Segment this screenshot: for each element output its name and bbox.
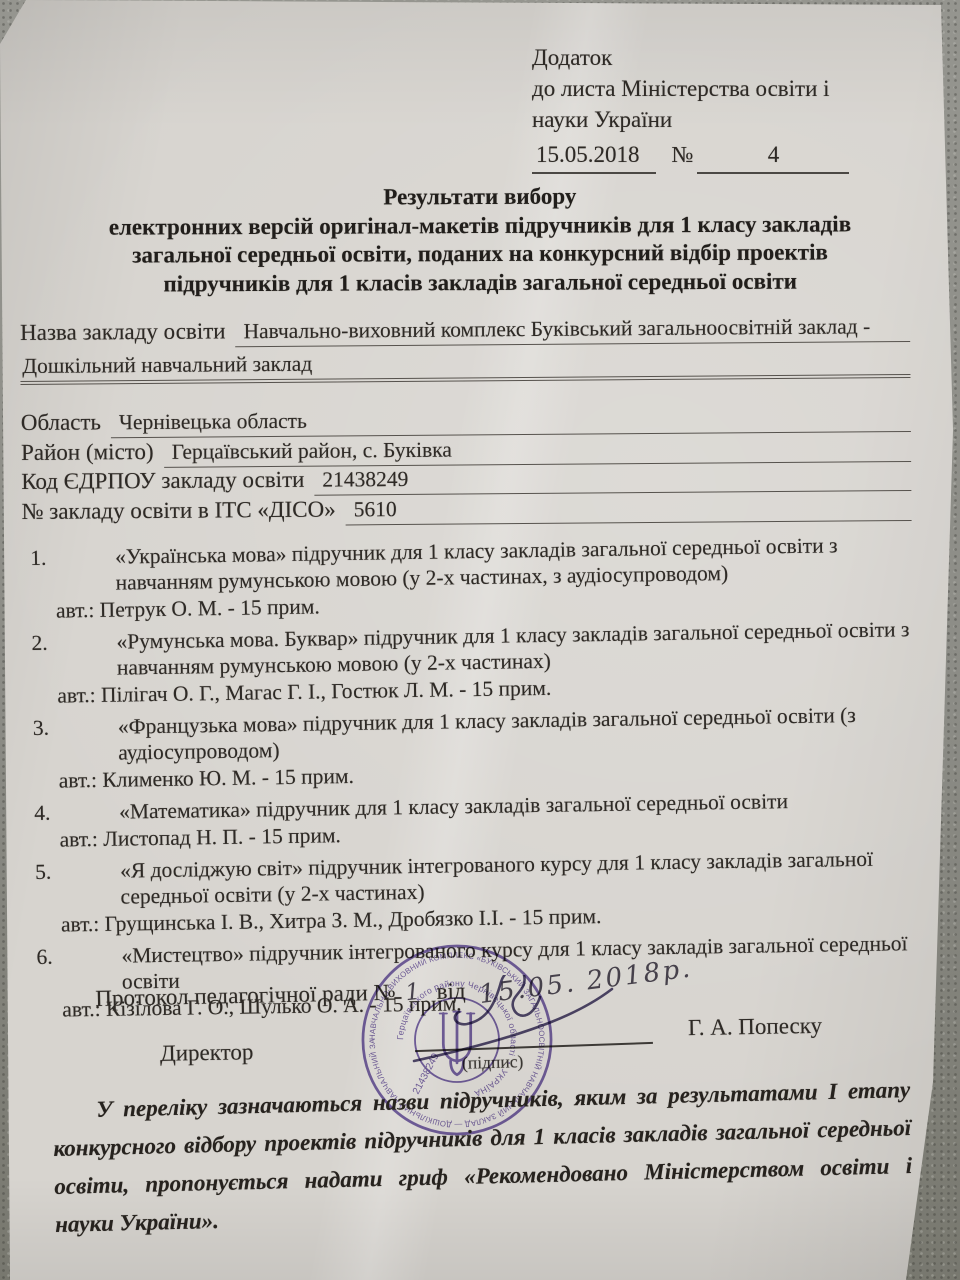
item-number: 2. <box>31 629 117 682</box>
title-line: електронних версій оригінал-макетів підр… <box>40 210 920 242</box>
region-label: Область <box>21 409 111 436</box>
title-line: загальної середньої освіти, поданих на к… <box>40 238 920 270</box>
edrpou-value: 21438249 <box>314 463 911 496</box>
district-label: Район (місто) <box>21 438 164 465</box>
textbook-list-item: 3. «Французька мова» підручник для 1 кла… <box>33 701 912 794</box>
appendix-line: Додаток <box>532 42 924 73</box>
appendix-header: Додаток до листа Міністерства освіти і н… <box>532 42 924 174</box>
item-number: 1. <box>30 544 116 597</box>
title-line: Результати вибору <box>40 181 920 213</box>
appendix-line: науки України <box>532 104 924 135</box>
district-value: Герцаївський район, с. Буківка <box>164 434 912 468</box>
appendix-line: до листа Міністерства освіти і <box>532 73 924 104</box>
edrpou-label: Код ЄДРПОУ закладу освіти <box>21 467 314 495</box>
diso-label: № закладу освіти в ІТС «ДІСО» <box>21 496 345 525</box>
director-label: Директор <box>160 1039 254 1067</box>
textbook-list-item: 5. «Я досліджую світ» підручник інтегров… <box>35 845 914 938</box>
item-number: 4. <box>34 799 119 826</box>
textbook-list-item: 4. «Математика» підручник для 1 класу за… <box>34 786 913 853</box>
diso-value: 5610 <box>346 493 912 525</box>
school-name-value-line1: Навчально-виховний комплекс Буківський з… <box>235 314 910 347</box>
item-number: 3. <box>33 714 119 767</box>
title-line: підручників для 1 класів закладів загаль… <box>40 267 920 299</box>
appendix-number-sign: № <box>672 139 694 170</box>
school-name-label: Назва закладу освіти <box>20 318 236 346</box>
document-title: Результати вибору електронних версій ори… <box>40 181 920 299</box>
appendix-date: 15.05.2018 <box>532 139 656 174</box>
appendix-number-value: 4 <box>697 139 849 174</box>
textbook-list-item: 1. «Українська мова» підручник для 1 кла… <box>30 531 909 624</box>
protocol-label: Протокол педагогічної ради № <box>95 980 396 1011</box>
director-name: Г. А. Попеску <box>688 1013 823 1041</box>
item-number: 5. <box>35 858 121 911</box>
form-fields: Назва закладу освіти Навчально-виховний … <box>20 313 912 528</box>
footnote-paragraph: У переліку зазначаються назви підручникі… <box>52 1071 913 1244</box>
director-signature-ink <box>380 975 670 1085</box>
signature-loop <box>455 975 540 1024</box>
appendix-date-row: 15.05.2018 № 4 <box>532 139 924 174</box>
textbook-list-item: 2. «Румунська мова. Буквар» підручник дл… <box>31 616 910 709</box>
